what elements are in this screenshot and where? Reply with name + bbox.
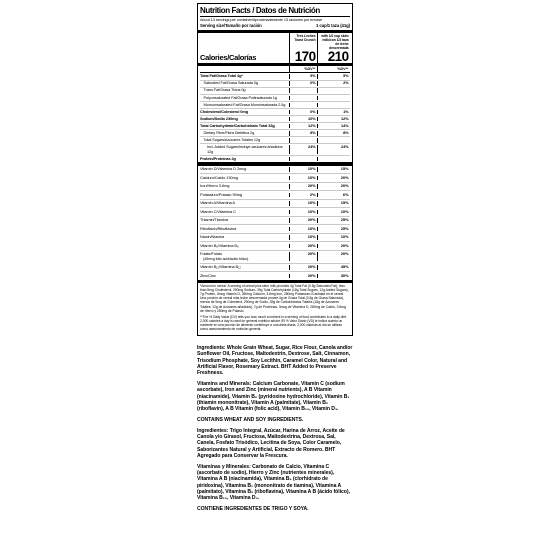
vitamin-dv-milk: 20% <box>317 252 350 261</box>
vitamin-row: Niacin/Niacina 10% 10% <box>200 233 350 242</box>
serving-size-label: Serving size/Tamaño por ración <box>200 23 262 28</box>
vitamin-dv-cereal: 10% <box>289 235 317 240</box>
vitamin-dv-cereal: 20% <box>289 184 317 189</box>
contains-statement-english: CONTAINS WHEAT AND SOY INGREDIENTS. <box>197 417 354 423</box>
footnote-amount-in-cereal: *Amount in cereal. A serving of cereal p… <box>200 284 350 313</box>
dv-header-cereal: %DV** <box>289 66 317 72</box>
nutrient-name: Saturated Fat/Grasa Saturada 0g <box>200 81 289 86</box>
nutrient-name: Incl. Added Sugars/Incluye azúcares añad… <box>200 145 289 154</box>
nutrient-dv-milk <box>317 96 350 101</box>
vitamins-minerals-spanish: Vitaminas y Minerales: Carbonato de Calc… <box>197 464 354 502</box>
vitamin-dv-cereal: 20% <box>289 252 317 261</box>
serving-size-row: Serving size/Tamaño por ración 1 cup/1 t… <box>200 22 350 30</box>
vitamin-dv-cereal: 20% <box>289 218 317 223</box>
dv-header-milk: %DV** <box>317 66 350 72</box>
nutrient-name: Total Carbohydrate/Carbohidrato Total 33… <box>200 124 289 129</box>
vitamin-name: Iron/Hierro 3.6mg <box>200 184 289 189</box>
nutrient-dv-cereal <box>289 88 317 93</box>
nutrient-name: Sodium/Sodio 230mg <box>200 117 289 122</box>
vitamin-dv-milk: 10% <box>317 210 350 215</box>
vitamin-dv-milk: 20% <box>317 176 350 181</box>
ingredients-section: Ingredients: Whole Grain Wheat, Sugar, R… <box>197 345 354 517</box>
nutrient-dv-milk: 5% <box>317 74 350 79</box>
vitamin-row: Riboflavin/Riboflavina 10% 25% <box>200 224 350 233</box>
nutrient-dv-cereal <box>289 103 317 108</box>
vitamin-dv-cereal: 10% <box>289 201 317 206</box>
column-headers: Tres Leches Toast Crunch with 1/2 cup sk… <box>200 33 350 50</box>
vitamin-dv-cereal: 10% <box>289 167 317 172</box>
nutrient-row: Protein/Proteínas 2g <box>200 155 350 162</box>
vitamin-name: Vitamin B₁₂/Vitamina B₁₂ <box>200 265 289 270</box>
nutrient-dv-milk <box>317 88 350 93</box>
vitamin-row: Potassium/Potasio 90mg 2% 6% <box>200 190 350 199</box>
nutrient-dv-cereal: 8% <box>289 131 317 136</box>
nutrient-name: Dietary Fiber/Fibra Dietética 2g <box>200 131 289 136</box>
nutrient-dv-cereal: 10% <box>289 117 317 122</box>
vitamin-dv-milk: 20% <box>317 184 350 189</box>
nutrient-dv-milk: 2% <box>317 81 350 86</box>
vitamin-dv-milk: 25% <box>317 218 350 223</box>
nutrition-facts-title: Nutrition Facts / Datos de Nutrición <box>200 4 350 17</box>
nutrient-dv-milk: 1% <box>317 110 350 115</box>
column-headers-spacer <box>200 33 289 50</box>
ingredients-english: Ingredients: Whole Grain Wheat, Sugar, R… <box>197 345 354 376</box>
vitamin-dv-milk: 25% <box>317 227 350 232</box>
vitamins-minerals-english: Vitamins and Minerals: Calcium Carbonate… <box>197 381 354 412</box>
nutrient-dv-milk: 24% <box>317 145 350 154</box>
nutrient-dv-cereal: 24% <box>289 145 317 154</box>
nutrient-row: Total Carbohydrate/Carbohidrato Total 33… <box>200 122 350 129</box>
nutrient-name: Monounsaturated Fat/Grasa Monoinsaturada… <box>200 103 289 108</box>
nutrient-dv-cereal <box>289 157 317 162</box>
vitamin-row: Vitamin B₁₂/Vitamina B₁₂ 20% 45% <box>200 263 350 272</box>
vitamins-table: Vitamin D/Vitamina D 2mcg 10% 15% Calciu… <box>200 166 350 280</box>
vitamin-dv-cereal: 20% <box>289 274 317 279</box>
nutrient-dv-milk <box>317 157 350 162</box>
nutrient-dv-cereal <box>289 138 317 143</box>
nutrient-name: Total Sugars/Azúcares Totales 12g <box>200 138 289 143</box>
nutrient-dv-milk <box>317 103 350 108</box>
vitamin-name: Riboflavin/Riboflavina <box>200 227 289 232</box>
vitamin-name: Potassium/Potasio 90mg <box>200 193 289 198</box>
serving-size-value: 1 cup/1 taza (41g) <box>316 23 350 28</box>
nutrient-dv-cereal: 0% <box>289 110 317 115</box>
vitamin-dv-cereal: 2% <box>289 193 317 198</box>
vitamin-row: Iron/Hierro 3.6mg 20% 20% <box>200 182 350 191</box>
nutrient-dv-milk: 12% <box>317 117 350 122</box>
vitamin-name: Calcium/Calcio 130mg <box>200 176 289 181</box>
vitamin-dv-milk: 30% <box>317 274 350 279</box>
vitamin-row: Vitamin A/Vitamina A 10% 15% <box>200 199 350 208</box>
vitamin-name: Vitamin B₆/Vitamina B₆ <box>200 244 289 249</box>
nutrient-dv-milk: 14% <box>317 124 350 129</box>
vitamin-dv-milk: 15% <box>317 201 350 206</box>
nutrient-dv-cereal <box>289 96 317 101</box>
calories-value-milk: 210 <box>317 50 350 63</box>
calories-value-cereal: 170 <box>289 50 317 63</box>
page-canvas: Nutrition Facts / Datos de Nutrición Abo… <box>0 0 540 540</box>
vitamin-name: Zinc/Cinc <box>200 274 289 279</box>
nutrient-name: Total Fat/Grasa Total 4g* <box>200 74 289 79</box>
vitamin-name: Niacin/Niacina <box>200 235 289 240</box>
nutrient-dv-cereal: 5% <box>289 74 317 79</box>
vitamin-dv-milk: 20% <box>317 244 350 249</box>
vitamin-dv-milk: 10% <box>317 235 350 240</box>
vitamin-name: Thiamin/Tiamina <box>200 218 289 223</box>
vitamin-dv-cereal: 10% <box>289 210 317 215</box>
nutrient-row: Incl. Added Sugars/Incluye azúcares añad… <box>200 143 350 155</box>
vitamin-row: Vitamin B₆/Vitamina B₆ 20% 20% <box>200 241 350 250</box>
cereal-column-header: Tres Leches Toast Crunch <box>289 33 317 50</box>
nutrient-row: Total Sugars/Azúcares Totales 12g <box>200 136 350 143</box>
vitamin-dv-cereal: 10% <box>289 176 317 181</box>
nutrient-row: Cholesterol/Colesterol 0mg 0% 1% <box>200 108 350 115</box>
nutrient-row: Saturated Fat/Grasa Saturada 0g 0% 2% <box>200 80 350 87</box>
nutrient-row: Polyunsaturated Fat/Grasa Poliinsaturada… <box>200 94 350 101</box>
nutrient-dv-cereal: 0% <box>289 81 317 86</box>
nutrient-row: Trans Fat/Grasa Trans 0g <box>200 87 350 94</box>
vitamin-name: Folate/Folato(45mcg folic acid/ácido fól… <box>200 252 289 261</box>
vitamin-subnote: (45mcg folic acid/ácido fólico) <box>200 257 289 262</box>
vitamin-dv-milk: 6% <box>317 193 350 198</box>
nutrient-row: Total Fat/Grasa Total 4g* 5% 5% <box>200 73 350 79</box>
nutrient-name: Polyunsaturated Fat/Grasa Poliinsaturada… <box>200 96 289 101</box>
vitamin-dv-cereal: 20% <box>289 244 317 249</box>
vitamin-row: Folate/Folato(45mcg folic acid/ácido fól… <box>200 250 350 263</box>
contains-statement-spanish: CONTIENE INGREDIENTES DE TRIGO Y SOYA. <box>197 506 354 512</box>
nutrient-row: Sodium/Sodio 230mg 10% 12% <box>200 115 350 122</box>
vitamin-name: Vitamin C/Vitamina C <box>200 210 289 215</box>
vitamin-dv-milk: 15% <box>317 167 350 172</box>
milk-column-header: with 1/2 cup skim milk/con 1/2 taza de l… <box>317 33 350 50</box>
nutrient-name: Cholesterol/Colesterol 0mg <box>200 110 289 115</box>
nutrient-dv-milk: 8% <box>317 131 350 136</box>
vitamin-dv-cereal: 10% <box>289 227 317 232</box>
vitamin-row: Calcium/Calcio 130mg 10% 20% <box>200 173 350 182</box>
nutrient-row: Dietary Fiber/Fibra Dietética 2g 8% 8% <box>200 129 350 136</box>
nutrient-name: Protein/Proteínas 2g <box>200 157 289 162</box>
vitamin-row: Vitamin C/Vitamina C 10% 10% <box>200 207 350 216</box>
calories-label: Calories/Calorías <box>200 53 289 64</box>
nutrition-facts-panel: Nutrition Facts / Datos de Nutrición Abo… <box>197 3 353 336</box>
vitamin-dv-milk: 45% <box>317 265 350 270</box>
calories-row: Calories/Calorías 170 210 <box>200 50 350 63</box>
nutrients-table: Total Fat/Grasa Total 4g* 5% 5% Saturate… <box>200 73 350 162</box>
vitamin-row: Thiamin/Tiamina 20% 25% <box>200 216 350 225</box>
dv-header-spacer <box>200 66 289 72</box>
vitamin-name: Vitamin D/Vitamina D 2mcg <box>200 167 289 172</box>
footnotes: *Amount in cereal. A serving of cereal p… <box>200 283 350 336</box>
nutrient-dv-milk <box>317 138 350 143</box>
nutrient-dv-cereal: 12% <box>289 124 317 129</box>
footnote-daily-value: **The % Daily Value (DV) tells you how m… <box>200 315 350 331</box>
nutrient-row: Monounsaturated Fat/Grasa Monoinsaturada… <box>200 101 350 108</box>
ingredients-spanish: Ingredientes: Trigo Integral, Azúcar, Ha… <box>197 428 354 459</box>
vitamin-name: Vitamin A/Vitamina A <box>200 201 289 206</box>
nutrient-name: Trans Fat/Grasa Trans 0g <box>200 88 289 93</box>
vitamin-row: Vitamin D/Vitamina D 2mcg 10% 15% <box>200 166 350 174</box>
vitamin-dv-cereal: 20% <box>289 265 317 270</box>
vitamin-row: Zinc/Cinc 20% 30% <box>200 271 350 280</box>
